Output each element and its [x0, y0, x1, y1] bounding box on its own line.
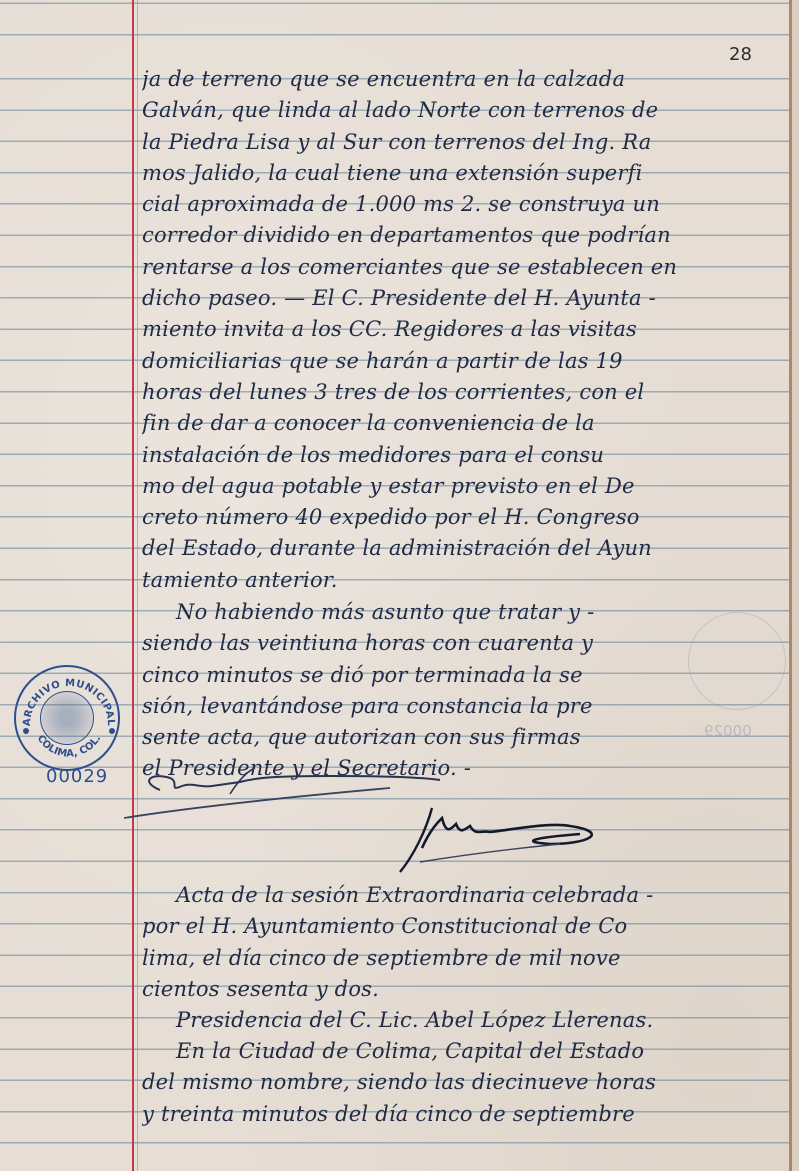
text-line: Galván, que linda al lado Norte con terr… [142, 95, 792, 126]
bleed-through-stamp-number: 00029 [704, 722, 752, 740]
ledger-page: 28 ja de terreno que se encuentra en la … [0, 0, 799, 1171]
paragraph-session-opening: En la Ciudad de Colima, Capital del Esta… [142, 1036, 792, 1130]
text-line: lima, el día cinco de septiembre de mil … [142, 943, 792, 974]
text-line: Presidencia del C. Lic. Abel López Llere… [142, 1005, 792, 1036]
text-line: sión, levantándose para constancia la pr… [142, 691, 792, 722]
page-number: 28 [729, 44, 752, 65]
text-line: por el H. Ayuntamiento Constitucional de… [142, 911, 792, 942]
text-line: dicho paseo. — El C. Presidente del H. A… [142, 283, 792, 314]
paragraph-new-session-heading: Acta de la sesión Extraordinaria celebra… [142, 880, 792, 1005]
svg-text:COLIMA, COL.: COLIMA, COL. [35, 733, 104, 760]
text-line: instalación de los medidores para el con… [142, 440, 792, 471]
red-margin-line [132, 0, 134, 1171]
text-line: Acta de la sesión Extraordinaria celebra… [142, 880, 792, 911]
text-line: rentarse a los comerciantes que se estab… [142, 252, 792, 283]
blue-margin-line [137, 0, 138, 1171]
archive-stamp-number: 00029 [46, 766, 108, 787]
text-line: No habiendo más asunto que tratar y - [142, 597, 792, 628]
svg-text:ARCHIVO MUNICIPAL: ARCHIVO MUNICIPAL [22, 678, 116, 727]
text-line: corredor dividido en departamentos que p… [142, 220, 792, 251]
text-line: tamiento anterior. [142, 565, 792, 596]
text-line: la Piedra Lisa y al Sur con terrenos del… [142, 127, 792, 158]
text-line: sente acta, que autorizan con sus firmas [142, 722, 792, 753]
text-line: En la Ciudad de Colima, Capital del Esta… [142, 1036, 792, 1067]
binding-strip [792, 0, 799, 1171]
archive-stamp: ARCHIVO MUNICIPAL COLIMA, COL. [14, 665, 120, 771]
text-line: horas del lunes 3 tres de los corrientes… [142, 377, 792, 408]
text-line: del mismo nombre, siendo las diecinueve … [142, 1067, 792, 1098]
signature-secretario [390, 800, 690, 880]
text-line: cientos sesenta y dos. [142, 974, 792, 1005]
text-line: miento invita a los CC. Regidores a las … [142, 314, 792, 345]
text-line: del Estado, durante la administración de… [142, 533, 792, 564]
text-line: fin de dar a conocer la conveniencia de … [142, 408, 792, 439]
text-line: mos Jalido, la cual tiene una extensión … [142, 158, 792, 189]
text-line: creto número 40 expedido por el H. Congr… [142, 502, 792, 533]
text-line: cial aproximada de 1.000 ms 2. se constr… [142, 189, 792, 220]
bleed-through-stamp [688, 612, 786, 710]
stamp-ring-text: ARCHIVO MUNICIPAL COLIMA, COL. [16, 667, 122, 773]
text-line: mo del agua potable y estar previsto en … [142, 471, 792, 502]
text-line: domiciliarias que se harán a partir de l… [142, 346, 792, 377]
paragraph-continued-minutes: ja de terreno que se encuentra en la cal… [142, 64, 792, 596]
paragraph-closing: No habiendo más asunto que tratar y - si… [142, 597, 792, 785]
paragraph-presidency: Presidencia del C. Lic. Abel López Llere… [142, 1005, 792, 1036]
text-line: y treinta minutos del día cinco de septi… [142, 1099, 792, 1130]
text-line: ja de terreno que se encuentra en la cal… [142, 64, 792, 95]
